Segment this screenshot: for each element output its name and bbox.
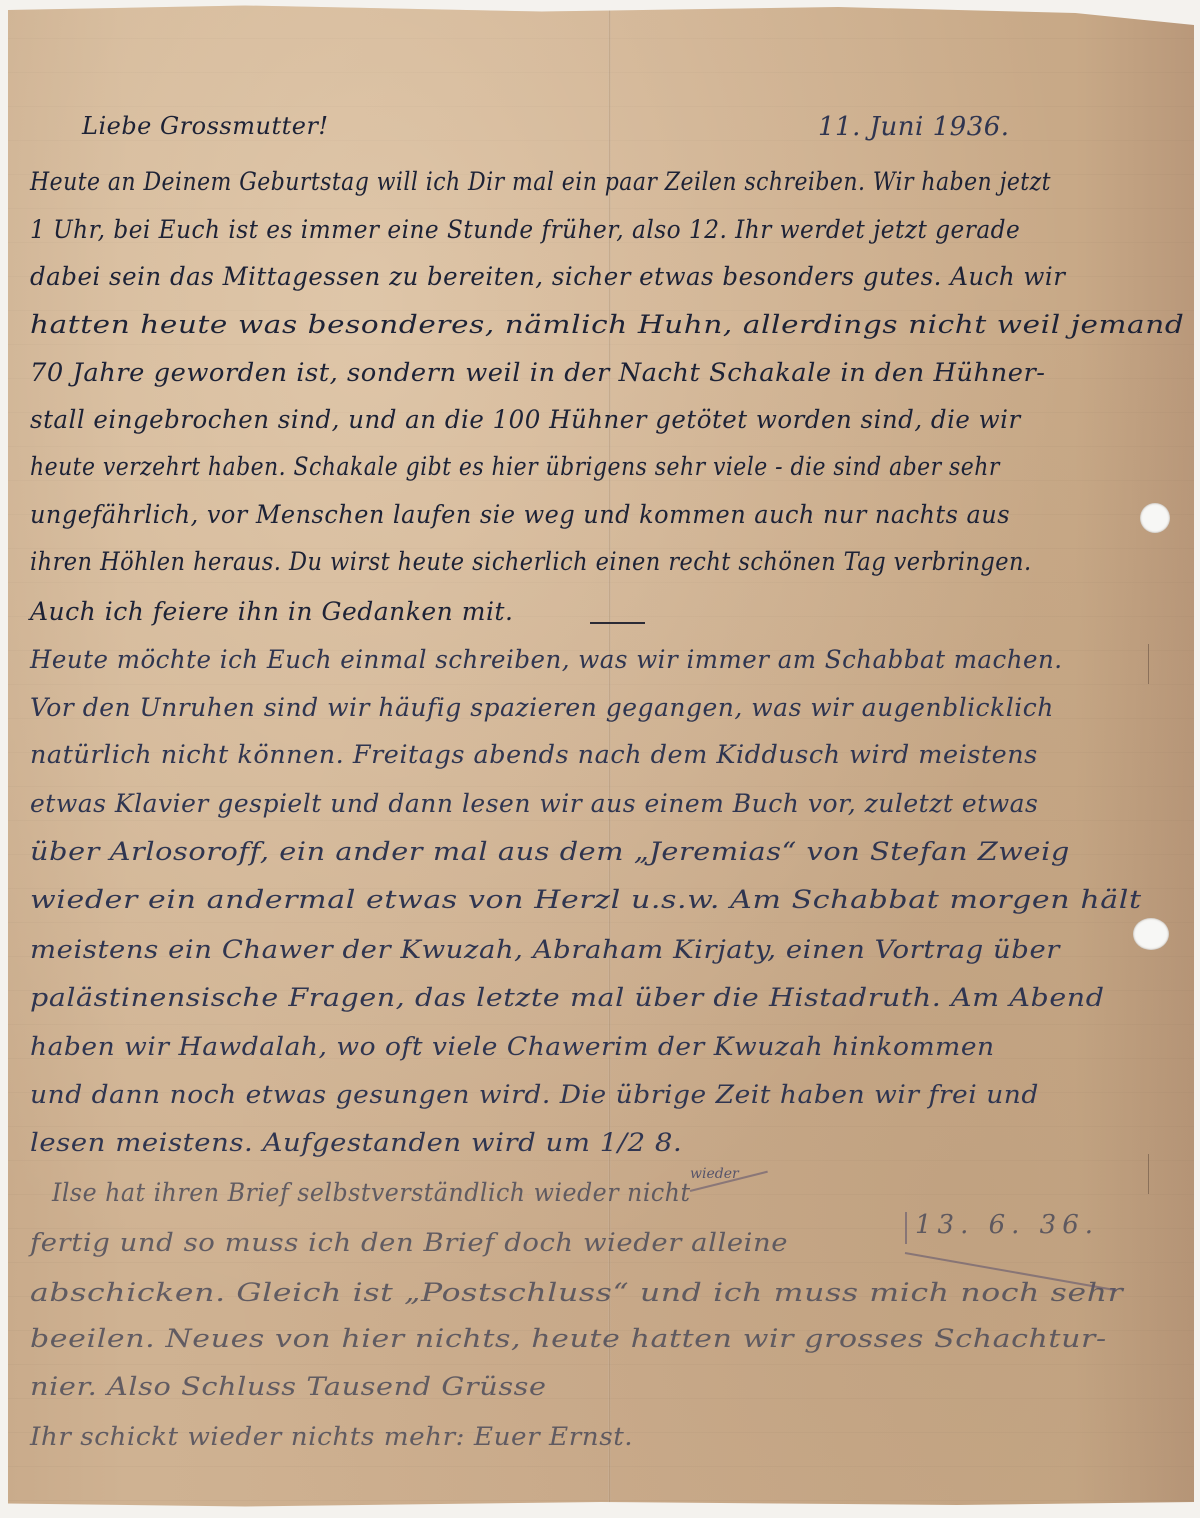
- paper-mark: [1148, 1154, 1149, 1194]
- body-line: Vor den Unruhen sind wir häufig spaziere…: [30, 693, 1054, 722]
- paper-mark: [1148, 644, 1149, 684]
- postscript-line: nier. Also Schluss Tausend Grüsse: [30, 1372, 547, 1401]
- body-line: haben wir Hawdalah, wo oft viele Chaweri…: [30, 1032, 995, 1061]
- body-line: wieder ein andermal etwas von Herzl u.s.…: [30, 885, 1142, 914]
- body-line: lesen meistens. Aufgestanden wird um 1/2…: [30, 1128, 682, 1157]
- separator-dash: [590, 622, 645, 624]
- body-line: und dann noch etwas gesungen wird. Die ü…: [30, 1080, 1039, 1109]
- body-line: natürlich nicht können. Freitags abends …: [30, 740, 1038, 769]
- postscript-line: abschicken. Gleich ist „Postschluss“ und…: [30, 1278, 1123, 1307]
- body-line: Auch ich feiere ihn in Gedanken mit.: [30, 597, 513, 626]
- body-line: 70 Jahre geworden ist, sondern weil in d…: [30, 358, 1046, 387]
- letter-date: 11. Juni 1936.: [818, 112, 1010, 142]
- body-line: über Arlosoroff, ein ander mal aus dem „…: [30, 837, 1070, 866]
- body-line: ihren Höhlen heraus. Du wirst heute sich…: [30, 547, 1032, 576]
- body-line: hatten heute was besonderes, nämlich Huh…: [30, 310, 1184, 339]
- punch-hole: [1133, 918, 1169, 950]
- body-line: ungefährlich, vor Menschen laufen sie we…: [30, 500, 1010, 529]
- body-line: Heute an Deinem Geburtstag will ich Dir …: [30, 167, 1051, 196]
- body-line: heute verzehrt haben. Schakale gibt es h…: [30, 452, 1000, 481]
- body-line: meistens ein Chawer der Kwuzah, Abraham …: [30, 935, 1060, 964]
- margin-bracket: [905, 1212, 907, 1244]
- salutation: Liebe Grossmutter!: [82, 112, 329, 140]
- postscript-line: Ihr schickt wieder nichts mehr: Euer Ern…: [30, 1422, 633, 1451]
- body-line: Heute möchte ich Euch einmal schreiben, …: [30, 645, 1063, 674]
- margin-date-note: 13. 6. 36.: [915, 1210, 1099, 1240]
- body-line: etwas Klavier gespielt und dann lesen wi…: [30, 789, 1038, 818]
- postscript-line: fertig und so muss ich den Brief doch wi…: [30, 1228, 788, 1257]
- punch-hole: [1140, 503, 1170, 533]
- postscript-line: Ilse hat ihren Brief selbstverständlich …: [52, 1178, 690, 1207]
- body-line: dabei sein das Mittagessen zu bereiten, …: [30, 262, 1065, 291]
- body-line: palästinensische Fragen, das letzte mal …: [30, 983, 1105, 1012]
- body-line: stall eingebrochen sind, und an die 100 …: [30, 405, 1021, 434]
- body-line: 1 Uhr, bei Euch ist es immer eine Stunde…: [30, 215, 1020, 244]
- postscript-line: beeilen. Neues von hier nichts, heute ha…: [30, 1324, 1107, 1353]
